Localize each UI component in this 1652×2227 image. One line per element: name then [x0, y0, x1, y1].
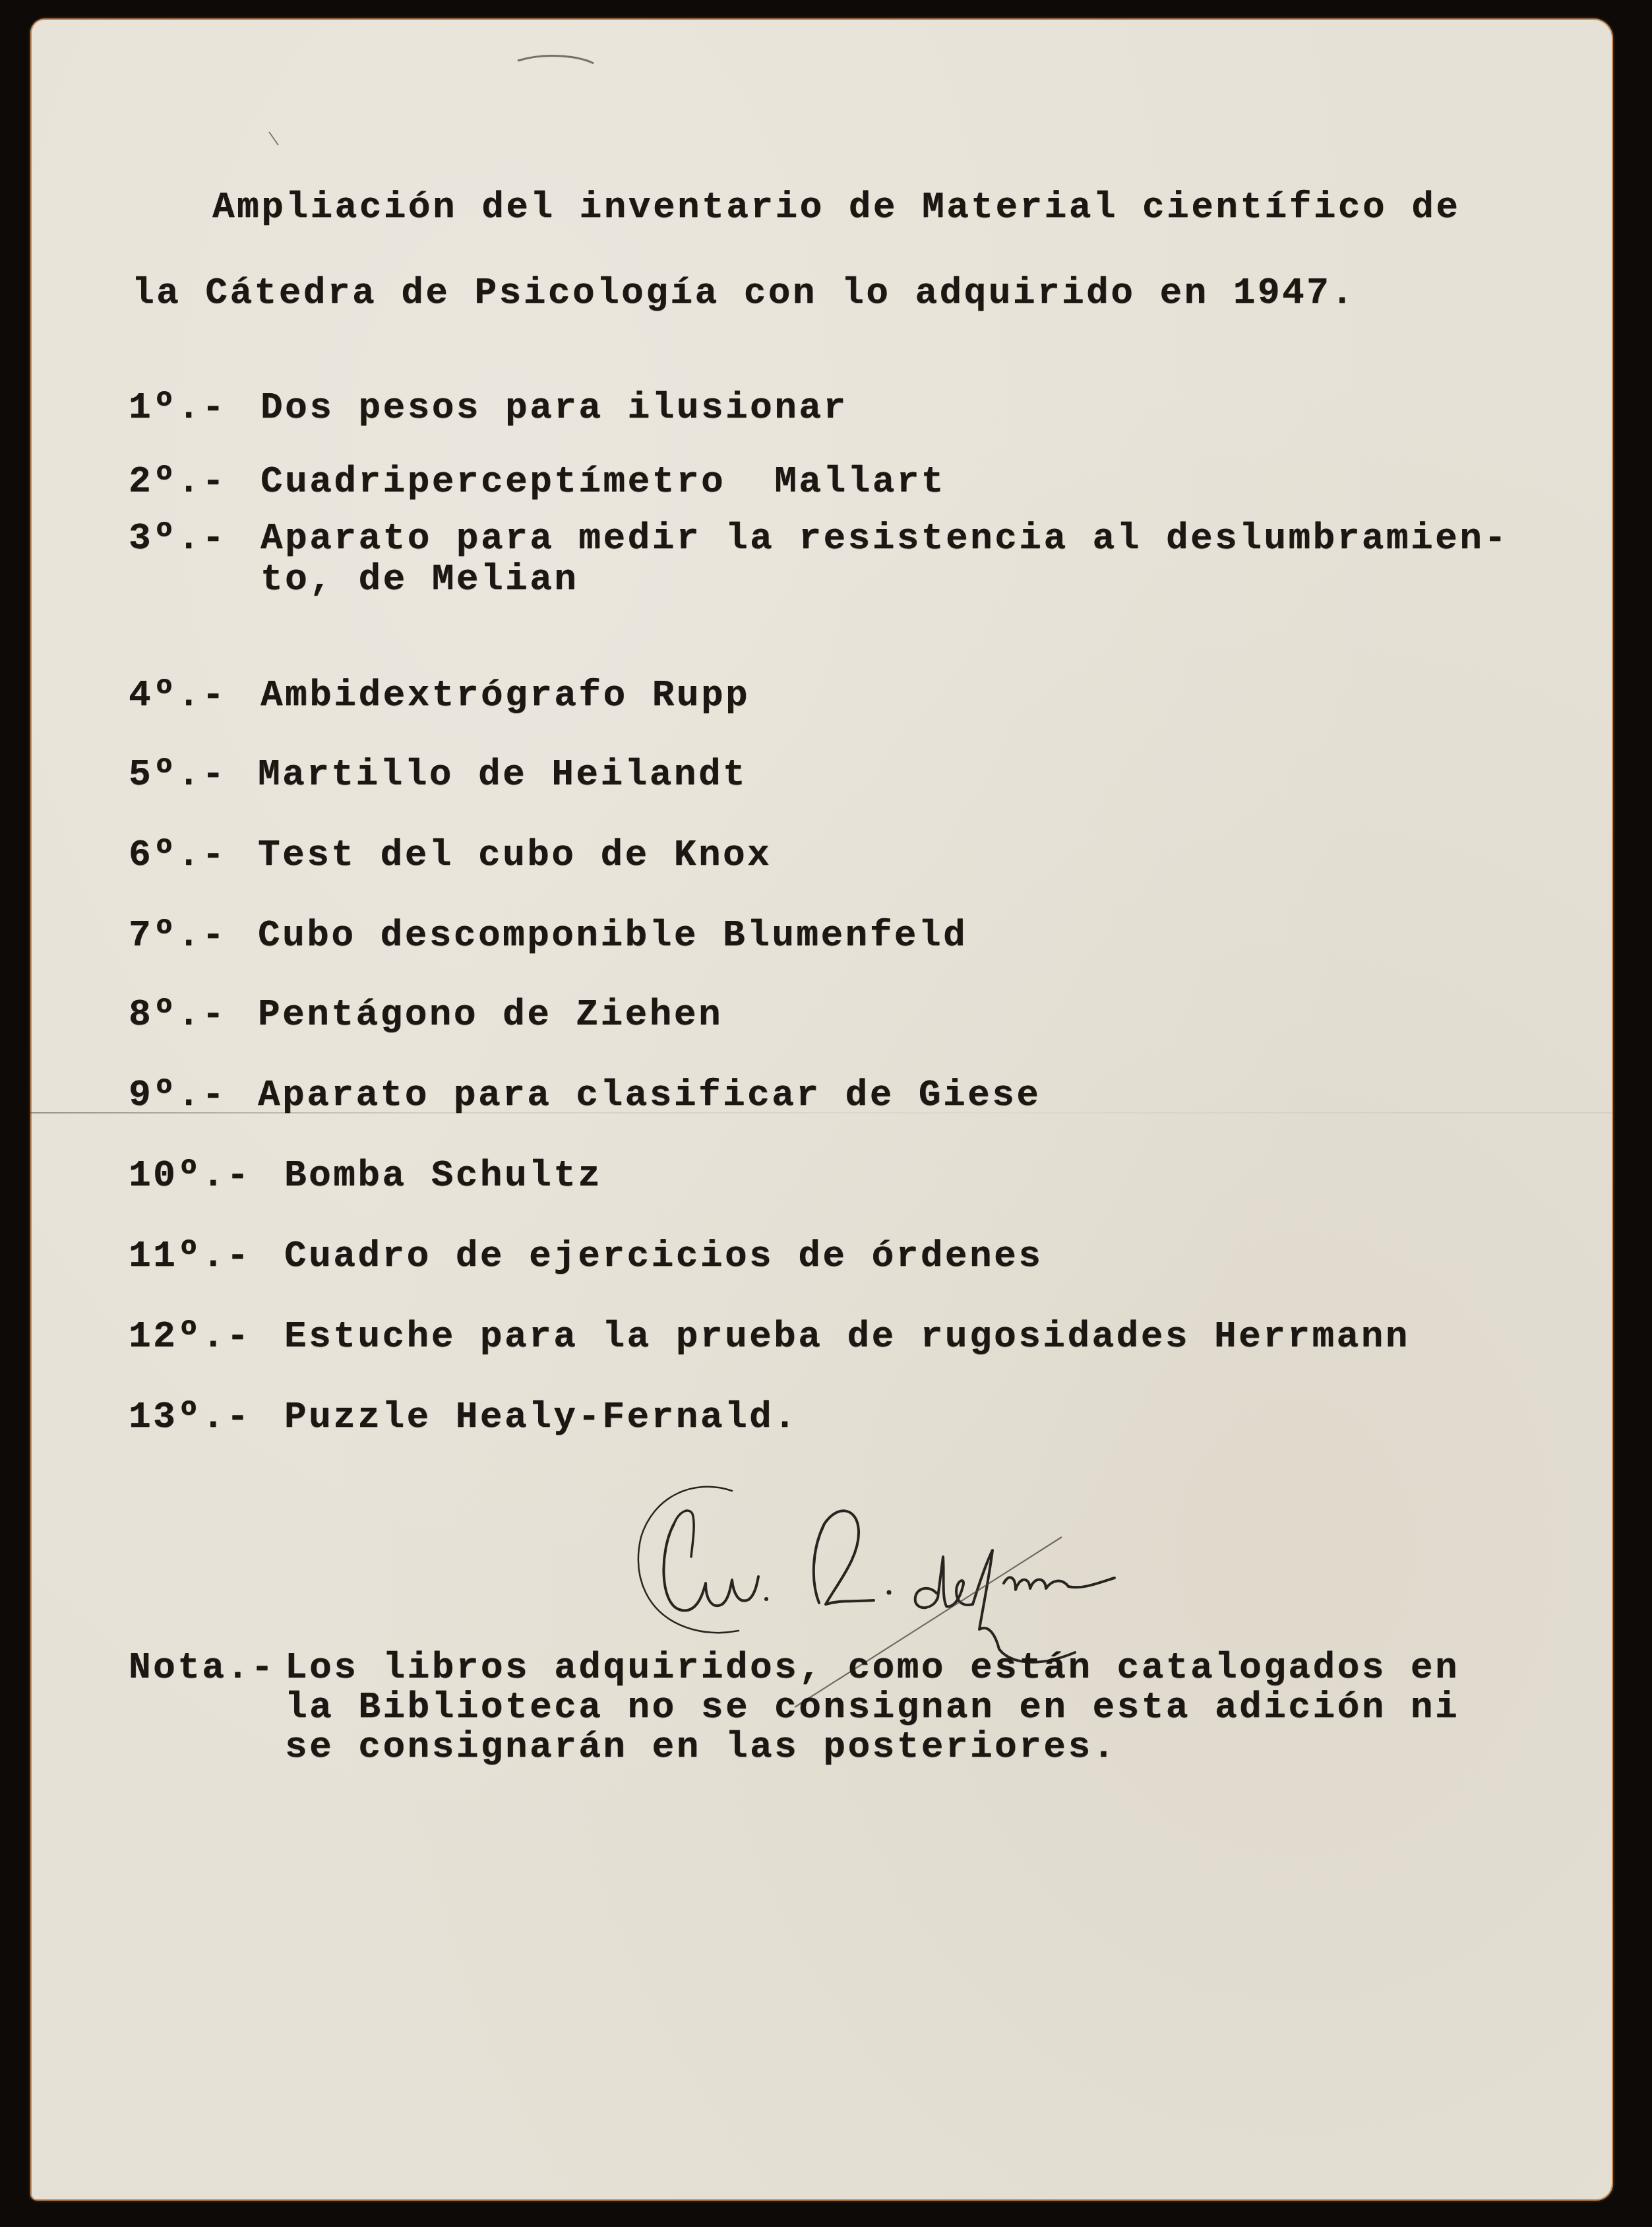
- document-title-line-2: la Cátedra de Psicología con lo adquirid…: [132, 272, 1355, 314]
- item-text: Cubo descomponible Blumenfeld: [258, 914, 967, 957]
- item-number: 1º.-: [129, 387, 226, 429]
- item-text: Aparato para clasificar de Giese: [258, 1074, 1041, 1116]
- item-number: 2º.-: [129, 460, 226, 503]
- item-text: Test del cubo de Knox: [258, 834, 772, 876]
- item-number: 6º.-: [129, 834, 226, 876]
- item-text: Cuadro de ejercicios de órdenes: [284, 1235, 1043, 1277]
- item-number: 5º.-: [129, 753, 226, 796]
- item-number: 4º.-: [129, 674, 226, 716]
- item-number: 7º.-: [129, 914, 226, 957]
- item-text: Bomba Schultz: [284, 1154, 602, 1197]
- note-label: Nota.-: [129, 1647, 276, 1689]
- item-text: Aparato para medir la resistencia al des…: [260, 517, 1508, 559]
- item-text: Pentágono de Ziehen: [258, 993, 723, 1036]
- item-number: 13º.-: [129, 1396, 251, 1438]
- item-text: Puzzle Healy-Fernald.: [284, 1396, 798, 1438]
- item-text: Cuadriperceptímetro Mallart: [260, 460, 946, 503]
- item-text: Dos pesos para ilusionar: [260, 387, 848, 429]
- item-text: Martillo de Heilandt: [258, 753, 747, 796]
- item-text: Estuche para la prueba de rugosidades He…: [284, 1315, 1410, 1358]
- item-number: 3º.-: [129, 517, 226, 559]
- item-number: 8º.-: [129, 993, 226, 1036]
- item-text: Ambidextrógrafo Rupp: [260, 674, 750, 716]
- document-title-line-1: Ampliación del inventario de Material ci…: [212, 186, 1460, 228]
- note-line-2: la Biblioteca no se consignan en esta ad…: [285, 1686, 1459, 1728]
- item-number: 11º.-: [129, 1235, 251, 1277]
- note-line-3: se consignarán en las posteriores.: [285, 1726, 1117, 1768]
- item-text-continuation: to, de Melian: [260, 558, 578, 600]
- item-number: 12º.-: [129, 1315, 251, 1358]
- item-number: 10º.-: [129, 1154, 251, 1197]
- item-number: 9º.-: [129, 1074, 226, 1116]
- note-line-1: Los libros adquiridos, como están catalo…: [285, 1647, 1459, 1689]
